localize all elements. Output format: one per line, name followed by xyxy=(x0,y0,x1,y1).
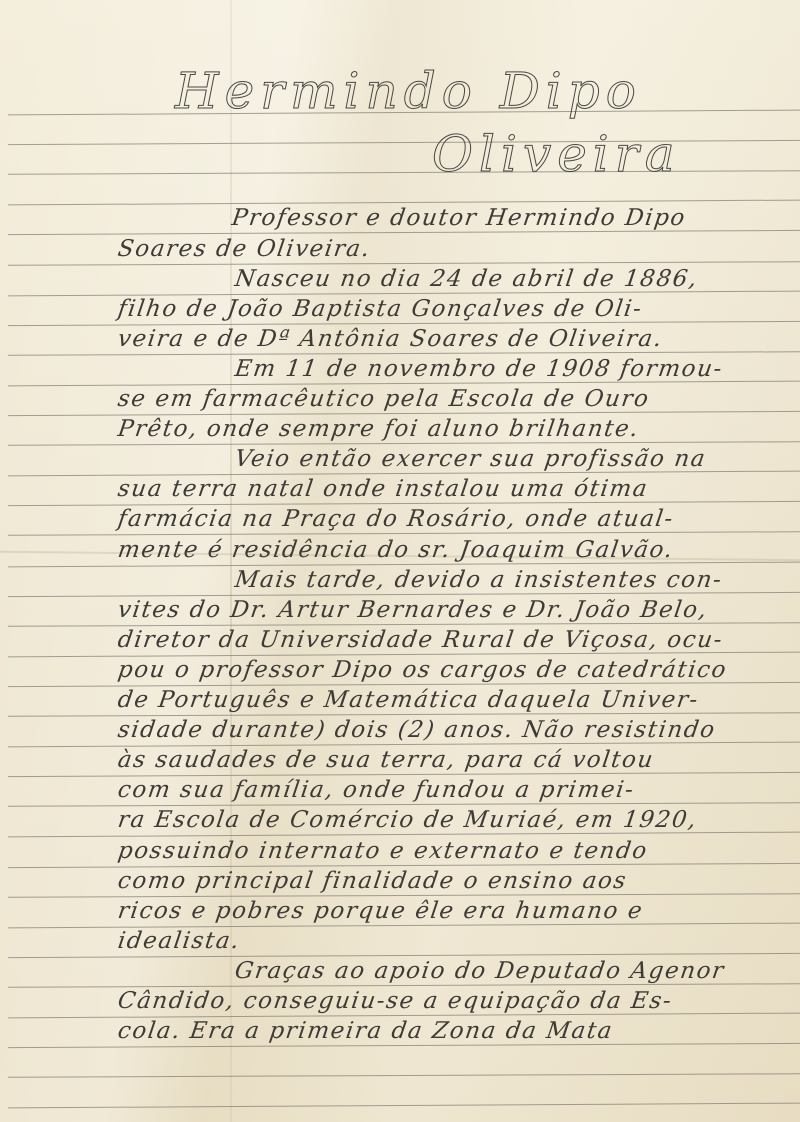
text-line: sidade durante) dois (2) anos. Não resis… xyxy=(116,717,717,743)
text-line: cola. Era a primeira da Zona da Mata xyxy=(116,1018,615,1044)
text-line: filho de João Baptista Gonçalves de Oli- xyxy=(116,296,644,322)
text-line: Mais tarde, devido a insistentes con- xyxy=(233,567,724,593)
text-line: sua terra natal onde instalou uma ótima xyxy=(116,476,650,502)
text-line: Cândido, conseguiu-se a equipação da Es- xyxy=(116,988,674,1014)
text-line: diretor da Universidade Rural de Viçosa,… xyxy=(116,627,725,653)
ruled-line xyxy=(8,140,800,145)
text-line: como principal finalidade o ensino aos xyxy=(116,868,629,894)
text-line: às saudades de sua terra, para cá voltou xyxy=(116,747,656,773)
text-line: ra Escola de Comércio de Muriaé, em 1920… xyxy=(116,807,699,833)
handwritten-page: Hermindo Dipo Oliveira Professor e douto… xyxy=(0,0,800,1122)
text-line: ricos e pobres porque êle era humano e xyxy=(116,898,645,924)
ruled-line xyxy=(8,230,800,235)
text-line: Veio então exercer sua profissão na xyxy=(233,446,708,472)
text-line: Soares de Oliveira. xyxy=(116,236,372,262)
text-line: se em farmacêutico pela Escola de Ouro xyxy=(116,386,651,412)
text-line: Professor e doutor Hermindo Dipo xyxy=(230,205,688,231)
ruled-line xyxy=(8,532,800,536)
text-line: Graças ao apoio do Deputado Agenor xyxy=(233,958,726,984)
text-line: Prêto, onde sempre foi aluno brilhante. xyxy=(116,416,641,442)
text-line: com sua família, onde fundou a primei- xyxy=(116,777,636,803)
text-line: vites do Dr. Artur Bernardes e Dr. João … xyxy=(116,597,709,623)
ruled-line xyxy=(8,1073,800,1077)
text-line: mente é residência do sr. Joaquim Galvão… xyxy=(116,537,675,563)
text-line: idealista. xyxy=(116,928,242,954)
text-line: Em 11 de novembro de 1908 formou- xyxy=(233,356,725,382)
text-line: farmácia na Praça do Rosário, onde atual… xyxy=(116,506,675,532)
title-first-name: Hermindo Dipo xyxy=(175,62,642,120)
text-line: possuindo internato e externato e tendo xyxy=(116,838,649,864)
text-line: pou o professor Dipo os cargos de catedr… xyxy=(116,657,729,683)
ruled-line xyxy=(8,170,800,174)
text-line: Nasceu no dia 24 de abril de 1886, xyxy=(233,266,700,292)
text-line: veira e de Dª Antônia Soares de Oliveira… xyxy=(116,326,664,352)
title-surname: Oliveira xyxy=(432,125,681,183)
text-line: de Português e Matemática daquela Univer… xyxy=(116,687,701,713)
ruled-line xyxy=(8,1103,800,1109)
